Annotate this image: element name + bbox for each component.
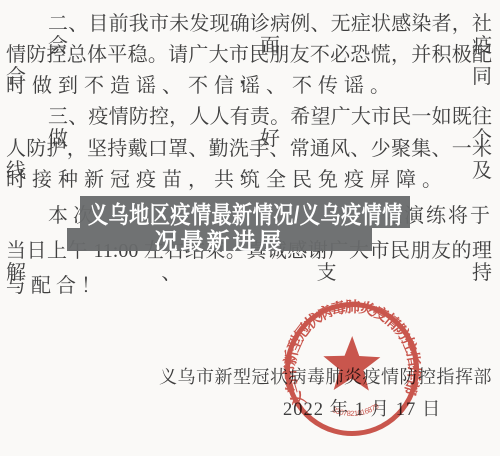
paragraph-3-line-3: 时接种新冠疫苗，共筑全民免疫屏障。: [6, 169, 492, 191]
paragraph-2-line-3: 时做到不造谣、不信谣、不传谣。: [6, 75, 492, 97]
red-star-icon: [323, 336, 381, 391]
headline-text-2: 况最新进展: [155, 223, 285, 256]
document-page: 二、目前我市未发现确诊病例、无症状感染者，社会面疫 情防控总体平稳。请广大市民朋…: [0, 0, 500, 456]
seal-number: 3307821016879: [330, 400, 381, 420]
official-seal: 义乌市新型冠状病毒肺炎疫情防控指挥部 3307821016879: [270, 287, 435, 452]
headline-overlay-line-2: 况最新进展: [67, 228, 372, 251]
